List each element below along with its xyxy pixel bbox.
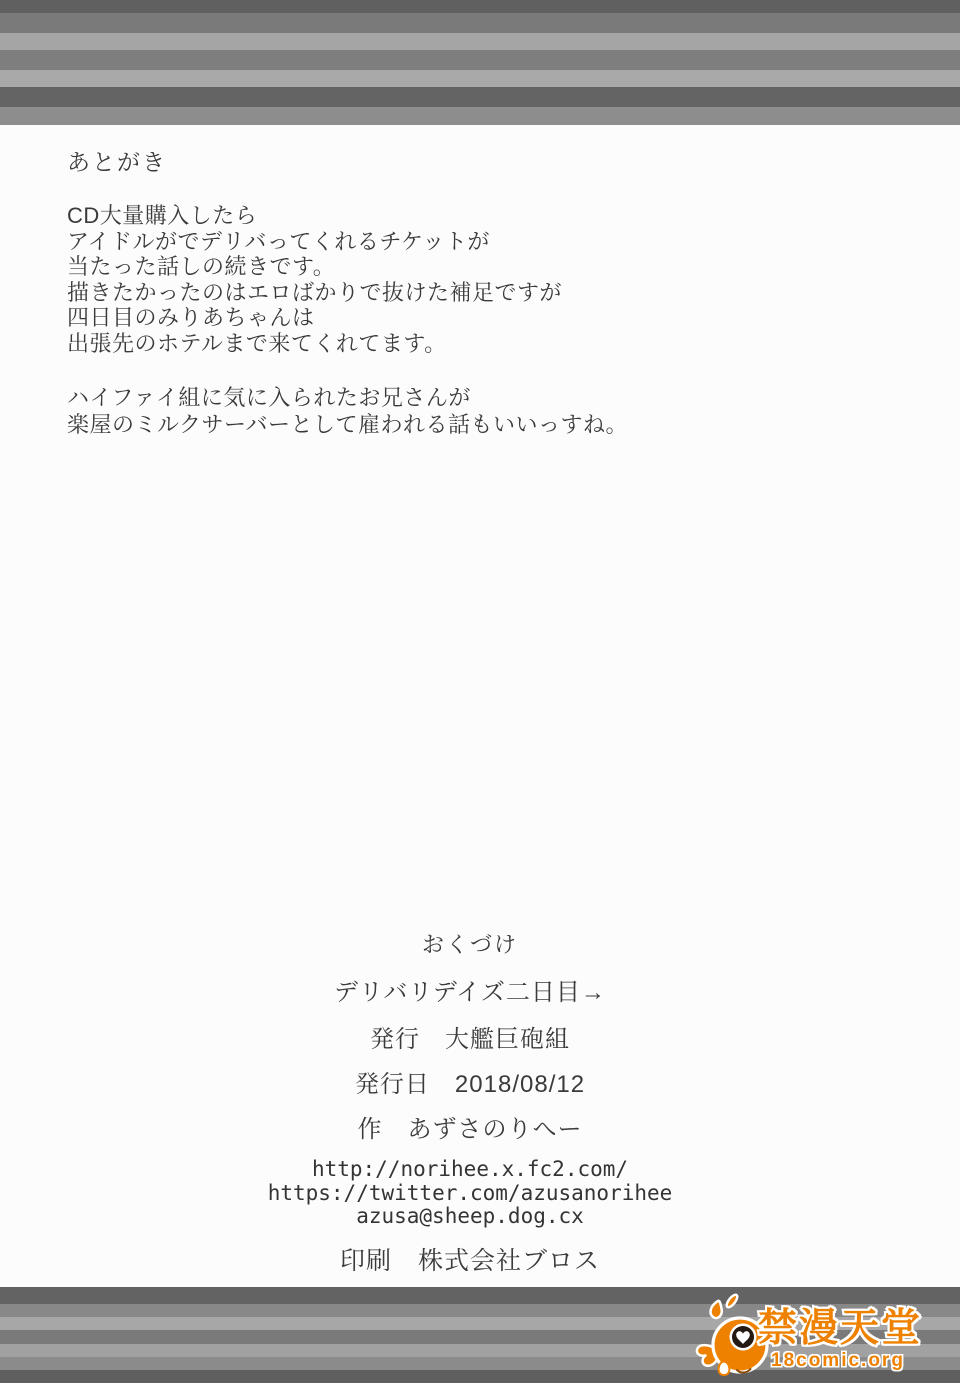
afterword-heading: あとがき [67,144,167,177]
stripe [0,107,960,125]
afterword-line: 出張先のホテルまで来てくれてます。 [67,331,562,357]
colophon-website-url: http://norihee.x.fc2.com/ [0,1157,940,1181]
afterword-line: 四日目のみりあちゃんは [67,305,562,331]
afterword-paragraph-1: CD大量購入したら アイドルがでデリバってくれるチケットが 当たった話しの続きで… [67,203,562,356]
colophon-book-title: デリバリデイズ二日目→ [0,972,940,1007]
afterword-line: アイドルがでデリバってくれるチケットが [67,229,562,255]
colophon-email: azusa@sheep.dog.cx [0,1204,940,1228]
afterword-line: 楽屋のミルクサーバーとして雇われる話もいいっすね。 [67,411,628,438]
afterword-line: 当たった話しの続きです。 [67,254,562,280]
colophon-author: 作 あずさのりへー [0,1109,940,1144]
afterword-paragraph-2: ハイファイ組に気に入られたお兄さんが 楽屋のミルクサーバーとして雇われる話もいい… [67,384,628,438]
watermark-logo: 禁漫天堂 18comic.org [693,1287,943,1383]
colophon-heading: おくづけ [0,928,940,959]
top-stripe-band [0,0,960,125]
stripe [0,33,960,50]
colophon-twitter-url: https://twitter.com/azusanorihee [0,1181,940,1205]
colophon-publish-date: 発行日 2018/08/12 [0,1064,940,1099]
stripe [0,0,960,13]
stripe [0,87,960,107]
afterword-line: 描きたかったのはエロばかりで抜けた補足ですが [67,280,562,306]
colophon-printer: 印刷 株式会社ブロス [0,1241,940,1277]
stripe [0,50,960,70]
scanned-afterword-page: あとがき CD大量購入したら アイドルがでデリバってくれるチケットが 当たった話… [0,0,960,1383]
watermark-site-domain: 18comic.org [771,1351,905,1370]
stripe [0,70,960,87]
afterword-line: ハイファイ組に気に入られたお兄さんが [67,384,628,411]
watermark-site-name: 禁漫天堂 [758,1309,922,1348]
stripe [0,13,960,33]
colophon-publisher: 発行 大艦巨砲組 [0,1019,940,1054]
afterword-line: CD大量購入したら [67,203,562,229]
